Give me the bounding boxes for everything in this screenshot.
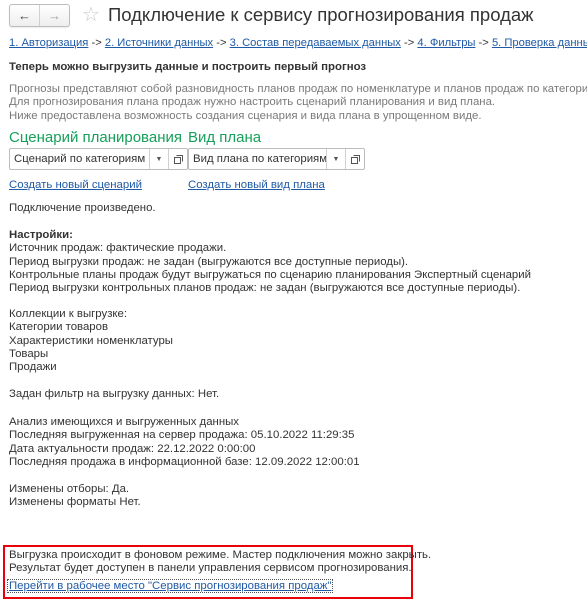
- collection-item: Характеристики номенклатуры: [9, 335, 173, 348]
- back-button[interactable]: ←: [10, 5, 39, 26]
- scenario-dropdown-button[interactable]: ▼: [149, 149, 168, 169]
- collections-title: Коллекции к выгрузке:: [9, 308, 173, 321]
- star-icon[interactable]: ☆: [82, 5, 100, 25]
- title-bar: ← → ☆ Подключение к сервису прогнозирова…: [9, 3, 534, 27]
- open-window-icon: [174, 155, 182, 163]
- step-filters[interactable]: 4. Фильтры: [417, 37, 475, 49]
- plan-type-dropdown-button[interactable]: ▼: [326, 149, 345, 169]
- settings-block: Настройки: Источник продаж: фактические …: [9, 229, 531, 295]
- step-data-sources[interactable]: 2. Источники данных: [105, 37, 213, 49]
- settings-title: Настройки:: [9, 229, 531, 242]
- navigation-buttons: ← →: [9, 4, 70, 27]
- arrow-left-icon: ←: [18, 8, 31, 23]
- open-window-icon: [351, 155, 359, 163]
- triangle-down-icon: ▼: [333, 156, 340, 163]
- plan-type-input[interactable]: Вид плана по категориям: [189, 149, 326, 169]
- background-upload-notice: Выгрузка происходит в фоновом режиме. Ма…: [3, 545, 413, 599]
- triangle-down-icon: ▼: [156, 156, 163, 163]
- arrow-right-icon: →: [48, 8, 61, 23]
- window-title: Подключение к сервису прогнозирования пр…: [108, 4, 534, 26]
- connection-status: Подключение произведено.: [9, 202, 156, 215]
- analysis-title: Анализ имеющихся и выгруженных данных: [9, 416, 360, 429]
- collections-block: Коллекции к выгрузке: Категории товаров …: [9, 308, 173, 374]
- wizard-steps: 1. Авторизация -> 2. Источники данных ->…: [9, 37, 587, 49]
- create-plan-type-link[interactable]: Создать новый вид плана: [188, 179, 325, 191]
- step-authorization[interactable]: 1. Авторизация: [9, 37, 88, 49]
- step-data-composition[interactable]: 3. Состав передаваемых данных: [230, 37, 401, 49]
- plan-type-open-button[interactable]: [345, 149, 364, 169]
- analysis-block: Анализ имеющихся и выгруженных данных По…: [9, 416, 360, 469]
- scenario-field: Сценарий по категориям ▼: [9, 148, 188, 170]
- scenario-input[interactable]: Сценарий по категориям: [10, 149, 149, 169]
- intro-text: Прогнозы представляют собой разновидност…: [9, 83, 587, 123]
- changes-block: Изменены отборы: Да. Изменены форматы Не…: [9, 483, 141, 510]
- collection-item: Категории товаров: [9, 321, 173, 334]
- scenario-label: Сценарий планирования: [9, 129, 182, 146]
- open-forecast-workspace-link[interactable]: Перейти в рабочее место "Сервис прогнози…: [8, 580, 332, 592]
- step-data-check[interactable]: 5. Проверка данных: [492, 37, 587, 49]
- collection-item: Товары: [9, 348, 173, 361]
- section-heading: Теперь можно выгрузить данные и построит…: [9, 61, 366, 73]
- scenario-open-button[interactable]: [168, 149, 187, 169]
- collection-item: Продажи: [9, 361, 173, 374]
- plan-type-label: Вид плана: [188, 129, 261, 146]
- filter-status: Задан фильтр на выгрузку данных: Нет.: [9, 388, 219, 401]
- forward-button[interactable]: →: [39, 5, 69, 26]
- plan-type-field: Вид плана по категориям ▼: [188, 148, 365, 170]
- create-scenario-link[interactable]: Создать новый сценарий: [9, 179, 142, 191]
